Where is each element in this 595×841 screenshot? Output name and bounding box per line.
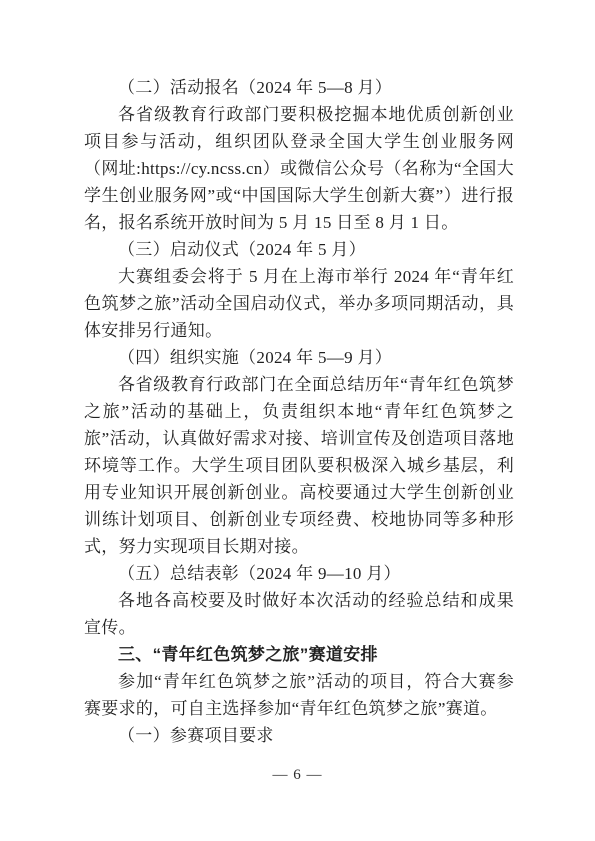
paragraph: 各地各高校要及时做好本次活动的经验总结和成果宣传。 [84,587,514,641]
subheading: （四）组织实施（2024 年 5—9 月） [84,344,514,371]
paragraph: 各省级教育行政部门要积极挖掘本地优质创新创业项目参与活动，组织团队登录全国大学生… [84,101,514,236]
paragraph: 参加“青年红色筑梦之旅”活动的项目，符合大赛参赛要求的，可自主选择参加“青年红色… [84,668,514,722]
section-heading: 三、“青年红色筑梦之旅”赛道安排 [84,641,514,668]
document-body: （二）活动报名（2024 年 5—8 月）各省级教育行政部门要积极挖掘本地优质创… [84,74,514,749]
paragraph: 大赛组委会将于 5 月在上海市举行 2024 年“青年红色筑梦之旅”活动全国启动… [84,263,514,344]
page-number: — 6 — [0,764,595,786]
subheading: （五）总结表彰（2024 年 9—10 月） [84,560,514,587]
paragraph: 各省级教育行政部门在全面总结历年“青年红色筑梦之旅”活动的基础上，负责组织本地“… [84,371,514,560]
subheading: （一）参赛项目要求 [84,722,514,749]
subheading: （三）启动仪式（2024 年 5 月） [84,236,514,263]
document-page: （二）活动报名（2024 年 5—8 月）各省级教育行政部门要积极挖掘本地优质创… [0,0,595,841]
subheading: （二）活动报名（2024 年 5—8 月） [84,74,514,101]
